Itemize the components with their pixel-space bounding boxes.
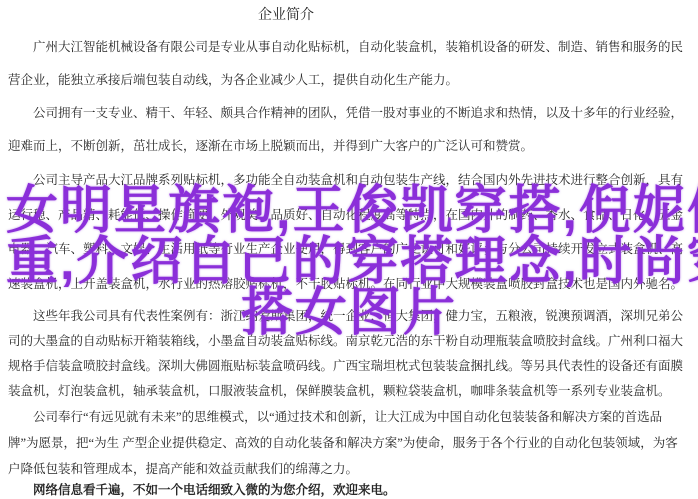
closing-contact-line: 网络信息看千遍，不如一个电话细致入微的为您介绍，欢迎来电。 [8,482,690,499]
paragraph-company-overview: 广州大江智能机械设备有限公司是专业从事自动化贴标机，自动化装盒机，装箱机设备的研… [8,31,690,97]
company-profile-document: 企业简介 广州大江智能机械设备有限公司是专业从事自动化贴标机，自动化装盒机，装箱… [0,0,698,499]
paragraph-case-studies: 这些年我公司具有代表性案例有：浙江纳爱斯集团，统一企业，恒大集团，健力宝，五粮液… [8,304,690,404]
document-title: 企业简介 [8,6,564,26]
paragraph-team: 公司拥有一支专业、精干、年轻、颇具合作精神的团队，凭借一股对事业的不断追求和热情… [8,97,690,163]
paragraph-vision-mission: 公司奉行“有远见就有未来”的思维模式，以“通过技术和创新，让大江成为中国自动化包… [8,404,690,482]
paragraph-products: 公司主导产品大江品牌系列贴标机，多功能全自动装盒机和自动包装生产线，结合国内外先… [8,163,690,301]
